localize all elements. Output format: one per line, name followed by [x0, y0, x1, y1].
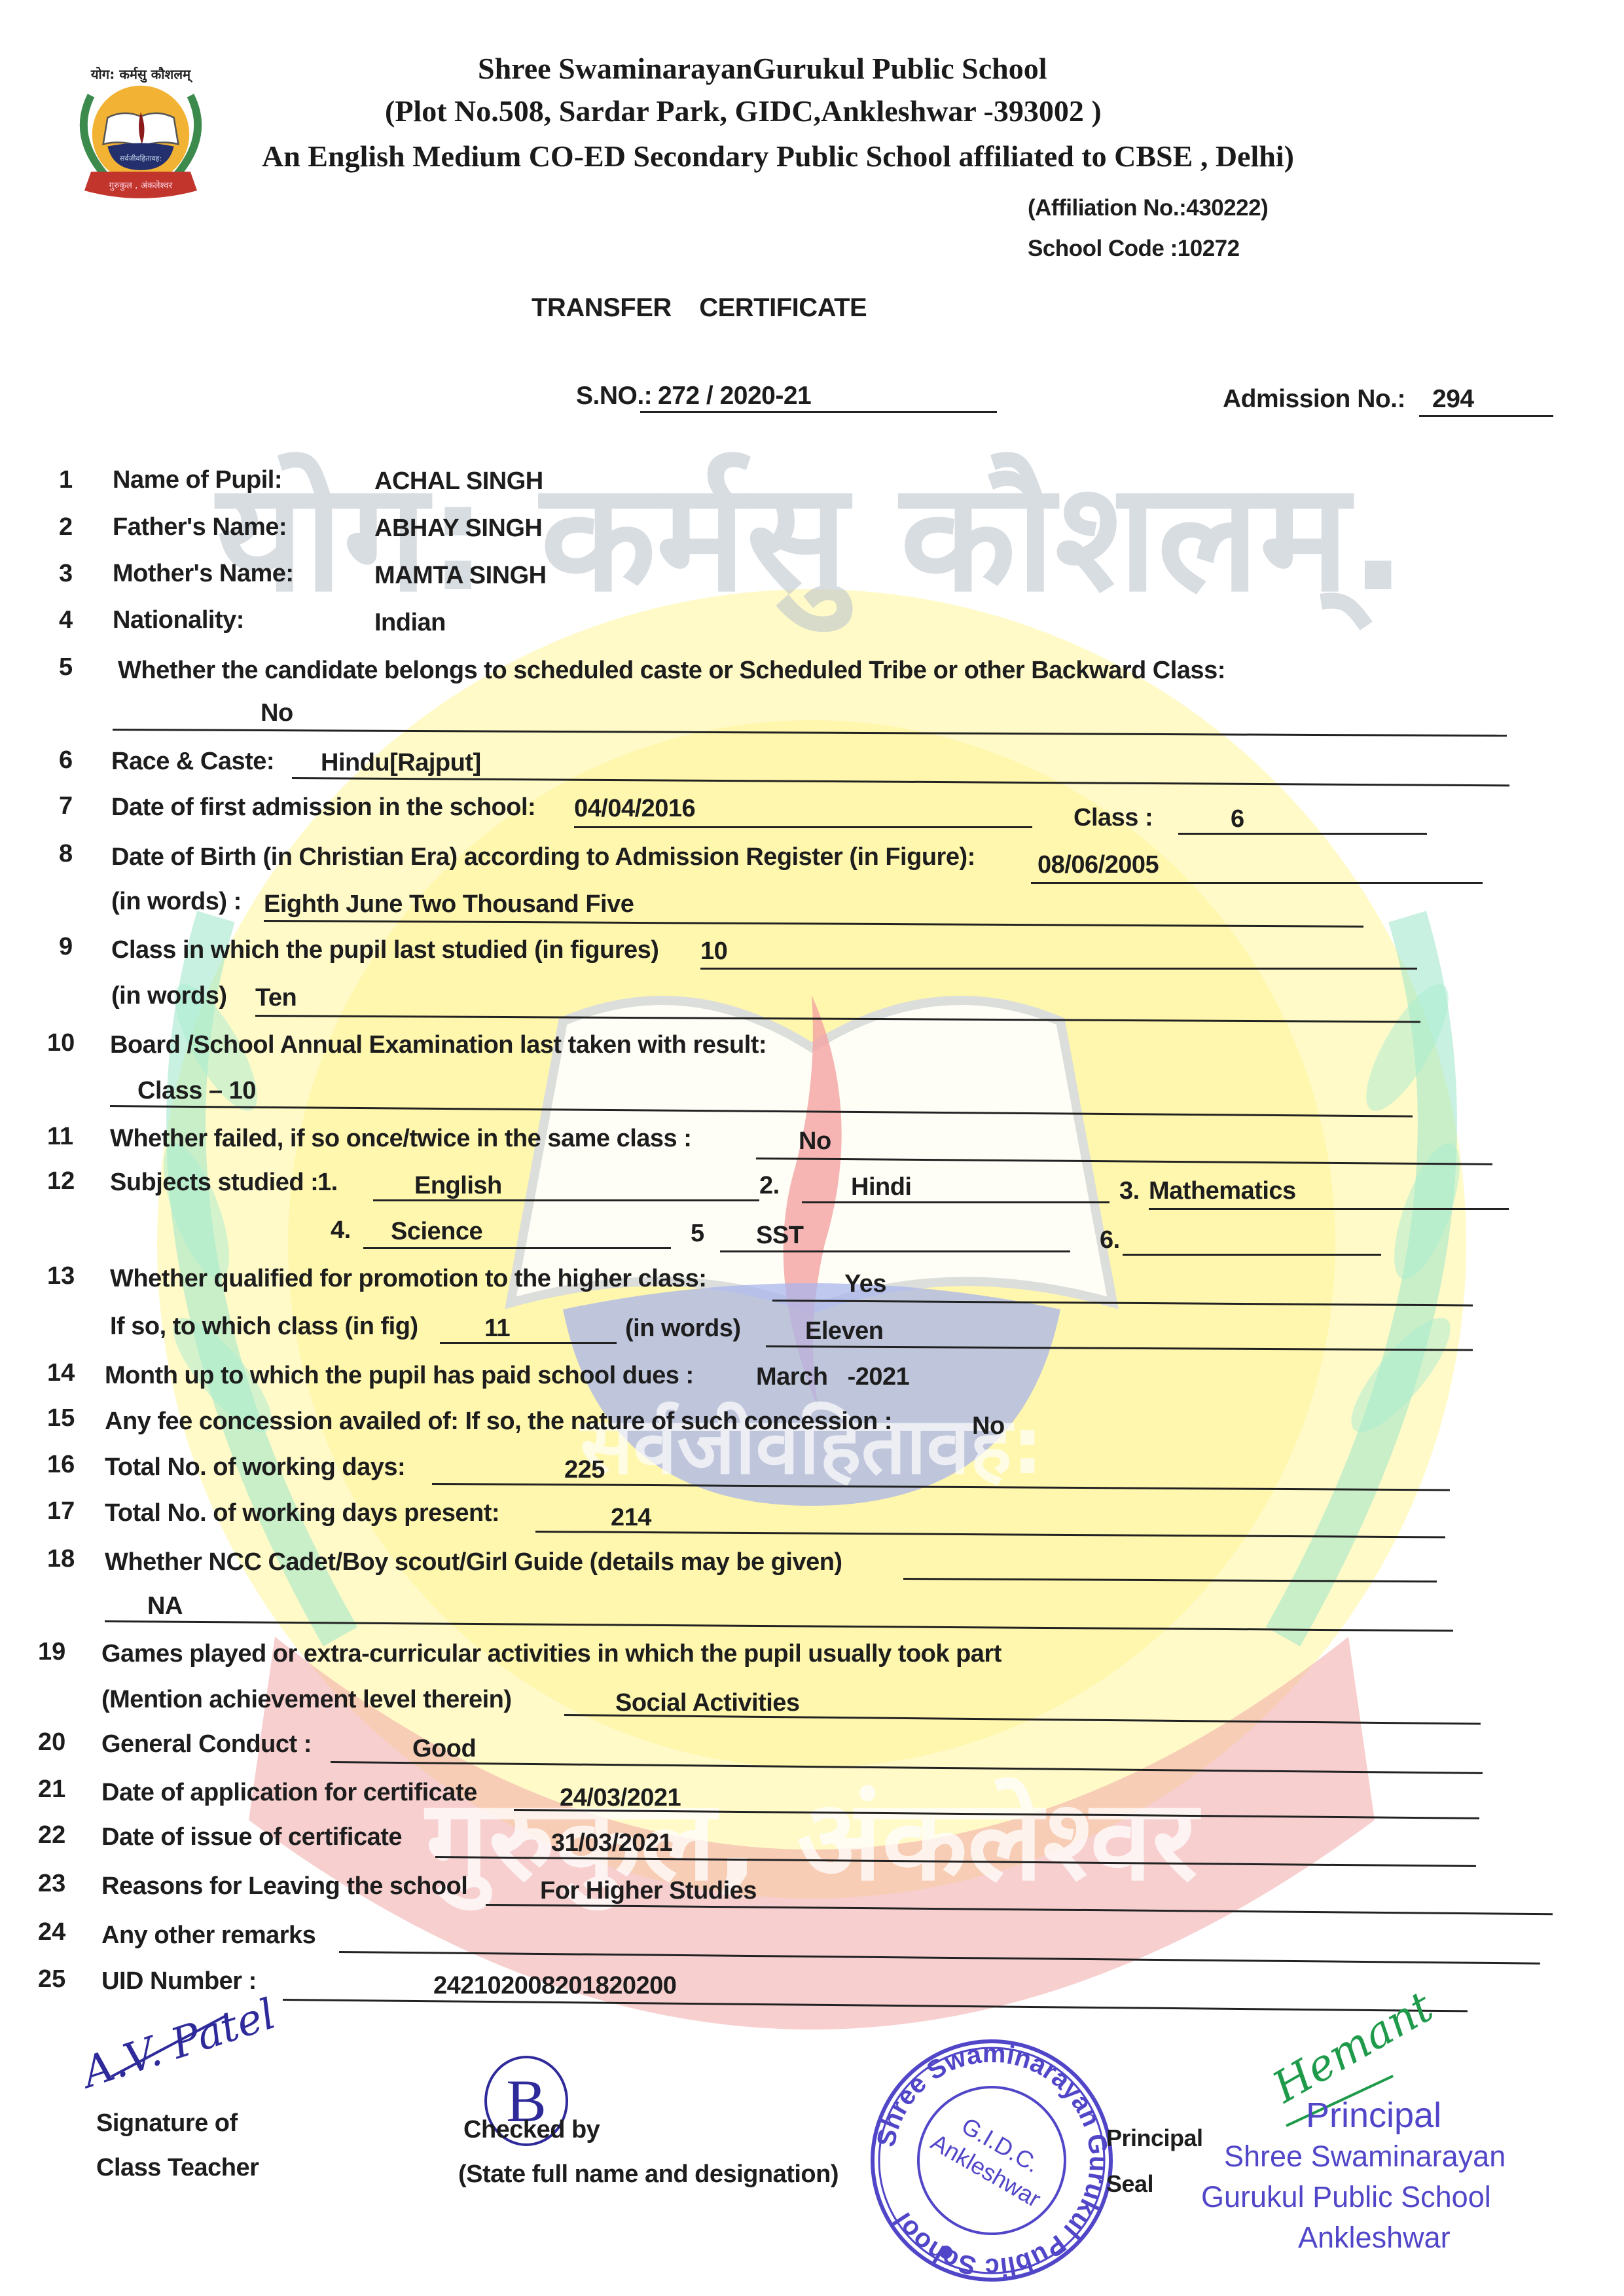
field-label-father: Father's Name:: [113, 513, 287, 541]
field-value-promoted-class: 11: [484, 1315, 510, 1343]
field-value-category: No: [261, 699, 293, 727]
svg-text:गुरुकुल , अंकलेश्वर: गुरुकुल , अंकलेश्वर: [109, 180, 173, 191]
field-number: 3: [59, 560, 73, 588]
field-label-subjects: Subjects studied :: [110, 1169, 318, 1197]
field-label-promoted-words: (in words): [625, 1315, 741, 1343]
field-value-last-class-words: Ten: [255, 984, 297, 1012]
checked-by-designation: (State full name and designation): [458, 2160, 839, 2189]
field-number: 15: [47, 1404, 75, 1432]
field-label-last-class: Class in which the pupil last studied (i…: [111, 936, 659, 964]
field-value-activities: Social Activities: [615, 1689, 800, 1717]
field-value-application-date: 24/03/2021: [560, 1784, 681, 1812]
field-label-exam: Board /School Annual Examination last ta…: [110, 1031, 767, 1059]
field-label-last-class-words: (in words): [111, 982, 227, 1010]
field-number: 17: [47, 1497, 75, 1525]
field-value-dob: 08/06/2005: [1038, 851, 1159, 879]
field-label-failed: Whether failed, if so once/twice in the …: [110, 1125, 691, 1153]
field-label-admission-class: Class :: [1074, 804, 1153, 832]
principal-title: Principal: [1306, 2095, 1441, 2136]
field-number: 24: [38, 1918, 65, 1946]
subject-number: 2.: [759, 1172, 780, 1200]
field-label-dues: Month up to which the pupil has paid sch…: [105, 1362, 694, 1390]
field-label-fee-concession: Any fee concession availed of: If so, th…: [105, 1408, 892, 1436]
field-number: 8: [59, 840, 73, 868]
field-label-remarks: Any other remarks: [101, 1922, 316, 1950]
field-value-father: ABHAY SINGH: [374, 515, 542, 543]
field-label-race: Race & Caste:: [111, 748, 274, 776]
field-number: 16: [47, 1451, 75, 1479]
field-number: 19: [38, 1638, 65, 1666]
field-label-uid: UID Number :: [101, 1967, 257, 1995]
subject-number: 1.: [317, 1169, 338, 1197]
field-value-promotion: Yes: [844, 1270, 886, 1298]
school-code: School Code :10272: [1028, 236, 1240, 262]
admission-label: Admission No.:: [1223, 385, 1405, 414]
principal-stamp-line3: Ankleshwar: [1298, 2221, 1451, 2255]
field-label-working-days: Total No. of working days:: [105, 1453, 405, 1482]
field-label-promoted-class: If so, to which class (in fig): [110, 1313, 418, 1341]
serial-value: 272 / 2020-21: [658, 382, 811, 410]
field-number: 20: [38, 1728, 65, 1757]
subject-number: 5: [691, 1220, 704, 1248]
field-label-promotion: Whether qualified for promotion to the h…: [110, 1265, 706, 1293]
field-value-fee-concession: No: [972, 1412, 1005, 1440]
field-value-dob-words: Eighth June Two Thousand Five: [264, 890, 634, 919]
field-value-name: ACHAL SINGH: [374, 467, 543, 496]
field-label-nationality: Nationality:: [113, 606, 244, 634]
admission-value: 294: [1432, 385, 1474, 414]
field-number: 12: [47, 1167, 75, 1195]
field-number: 21: [38, 1776, 65, 1804]
school-logo: योग: कर्मसु कौशलम् सर्वजीवहितावह: गुरुकु…: [52, 46, 229, 223]
field-label-dob-words: (in words) :: [111, 888, 242, 916]
school-description: An English Medium CO-ED Secondary Public…: [262, 139, 1294, 173]
field-number: 11: [47, 1123, 73, 1151]
class-teacher-label-line1: Signature of: [96, 2109, 238, 2138]
subject-mathematics: Mathematics: [1149, 1177, 1296, 1205]
field-number: 9: [59, 933, 73, 961]
field-value-leaving-reason: For Higher Studies: [540, 1877, 757, 1905]
field-label-dob: Date of Birth (in Christian Era) accordi…: [111, 843, 975, 871]
field-number: 14: [47, 1359, 75, 1387]
field-number: 7: [59, 792, 73, 820]
field-label-category: Whether the candidate belongs to schedul…: [118, 657, 1225, 685]
field-value-first-admission: 04/04/2016: [574, 795, 695, 823]
school-seal-stamp: Shree Swaminarayan Gurukul Public School…: [867, 2036, 1116, 2285]
subject-number: 3.: [1119, 1177, 1140, 1205]
field-label-achievement: (Mention achievement level therein): [101, 1686, 512, 1714]
field-value-issue-date: 31/03/2021: [551, 1829, 672, 1857]
principal-seal-label: Principal: [1106, 2124, 1203, 2152]
subject-number: 6.: [1100, 1226, 1120, 1254]
field-label-name: Name of Pupil:: [113, 466, 282, 494]
field-number: 18: [47, 1545, 75, 1573]
field-value-promoted-words: Eleven: [805, 1317, 884, 1345]
field-value-days-present: 214: [611, 1504, 651, 1532]
field-value-ncc: NA: [147, 1592, 183, 1620]
field-value-working-days: 225: [564, 1456, 605, 1484]
class-teacher-signature: A.V. Patel: [77, 1990, 281, 2098]
field-label-first-admission: Date of first admission in the school:: [111, 793, 535, 822]
field-number: 4: [59, 606, 73, 634]
subject-english: English: [414, 1172, 502, 1200]
field-value-admission-class: 6: [1231, 805, 1244, 833]
principal-stamp-line1: Shree Swaminarayan: [1224, 2140, 1506, 2174]
field-number: 13: [47, 1262, 75, 1290]
field-value-exam: Class – 10: [137, 1077, 256, 1105]
serial-label: S.NO.:: [576, 382, 652, 410]
svg-text:सर्वजीवहितावह:: सर्वजीवहितावह:: [120, 155, 162, 163]
field-label-activities: Games played or extra-curricular activit…: [101, 1640, 1001, 1668]
field-label-ncc: Whether NCC Cadet/Boy scout/Girl Guide (…: [105, 1548, 842, 1576]
affiliation-number: (Affiliation No.:430222): [1028, 195, 1268, 221]
field-number: 6: [59, 746, 73, 774]
field-number: 23: [38, 1870, 65, 1898]
field-number: 10: [47, 1029, 75, 1057]
school-address: (Plot No.508, Sardar Park, GIDC,Ankleshw…: [385, 94, 1102, 128]
field-value-dues: March -2021: [756, 1363, 909, 1391]
field-label-days-present: Total No. of working days present:: [105, 1499, 499, 1527]
checked-by-label: Checked by: [463, 2116, 600, 2144]
field-value-failed: No: [799, 1127, 831, 1156]
svg-text:योग: कर्मसु कौशलम्: योग: कर्मसु कौशलम्: [90, 67, 193, 83]
field-label-issue-date: Date of issue of certificate: [101, 1823, 402, 1851]
field-value-race: Hindu[Rajput]: [321, 749, 481, 777]
field-value-mother: MAMTA SINGH: [374, 562, 547, 590]
field-label-conduct: General Conduct :: [101, 1730, 312, 1758]
subject-hindi: Hindi: [851, 1173, 911, 1201]
field-value-nationality: Indian: [374, 609, 446, 637]
field-number: 22: [38, 1821, 65, 1850]
class-teacher-label-line2: Class Teacher: [96, 2154, 259, 2182]
field-value-last-class: 10: [700, 938, 727, 966]
field-value-conduct: Good: [412, 1735, 476, 1763]
field-number: 25: [38, 1965, 65, 1994]
document-title: TRANSFER CERTIFICATE: [532, 293, 867, 323]
field-number: 5: [59, 653, 73, 682]
field-label-leaving-reason: Reasons for Leaving the school: [101, 1872, 467, 1901]
principal-stamp-line2: Gurukul Public School: [1201, 2180, 1491, 2214]
field-value-uid: 242102008201820200: [433, 1972, 676, 2000]
field-label-application-date: Date of application for certificate: [101, 1779, 477, 1807]
field-label-mother: Mother's Name:: [113, 560, 294, 588]
seal-label: Seal: [1106, 2170, 1153, 2198]
field-number: 2: [59, 513, 73, 541]
school-name: Shree SwaminarayanGurukul Public School: [478, 51, 1047, 86]
subject-science: Science: [391, 1218, 482, 1246]
field-number: 1: [59, 466, 73, 494]
subject-number: 4.: [331, 1216, 351, 1245]
subject-sst: SST: [756, 1222, 803, 1250]
